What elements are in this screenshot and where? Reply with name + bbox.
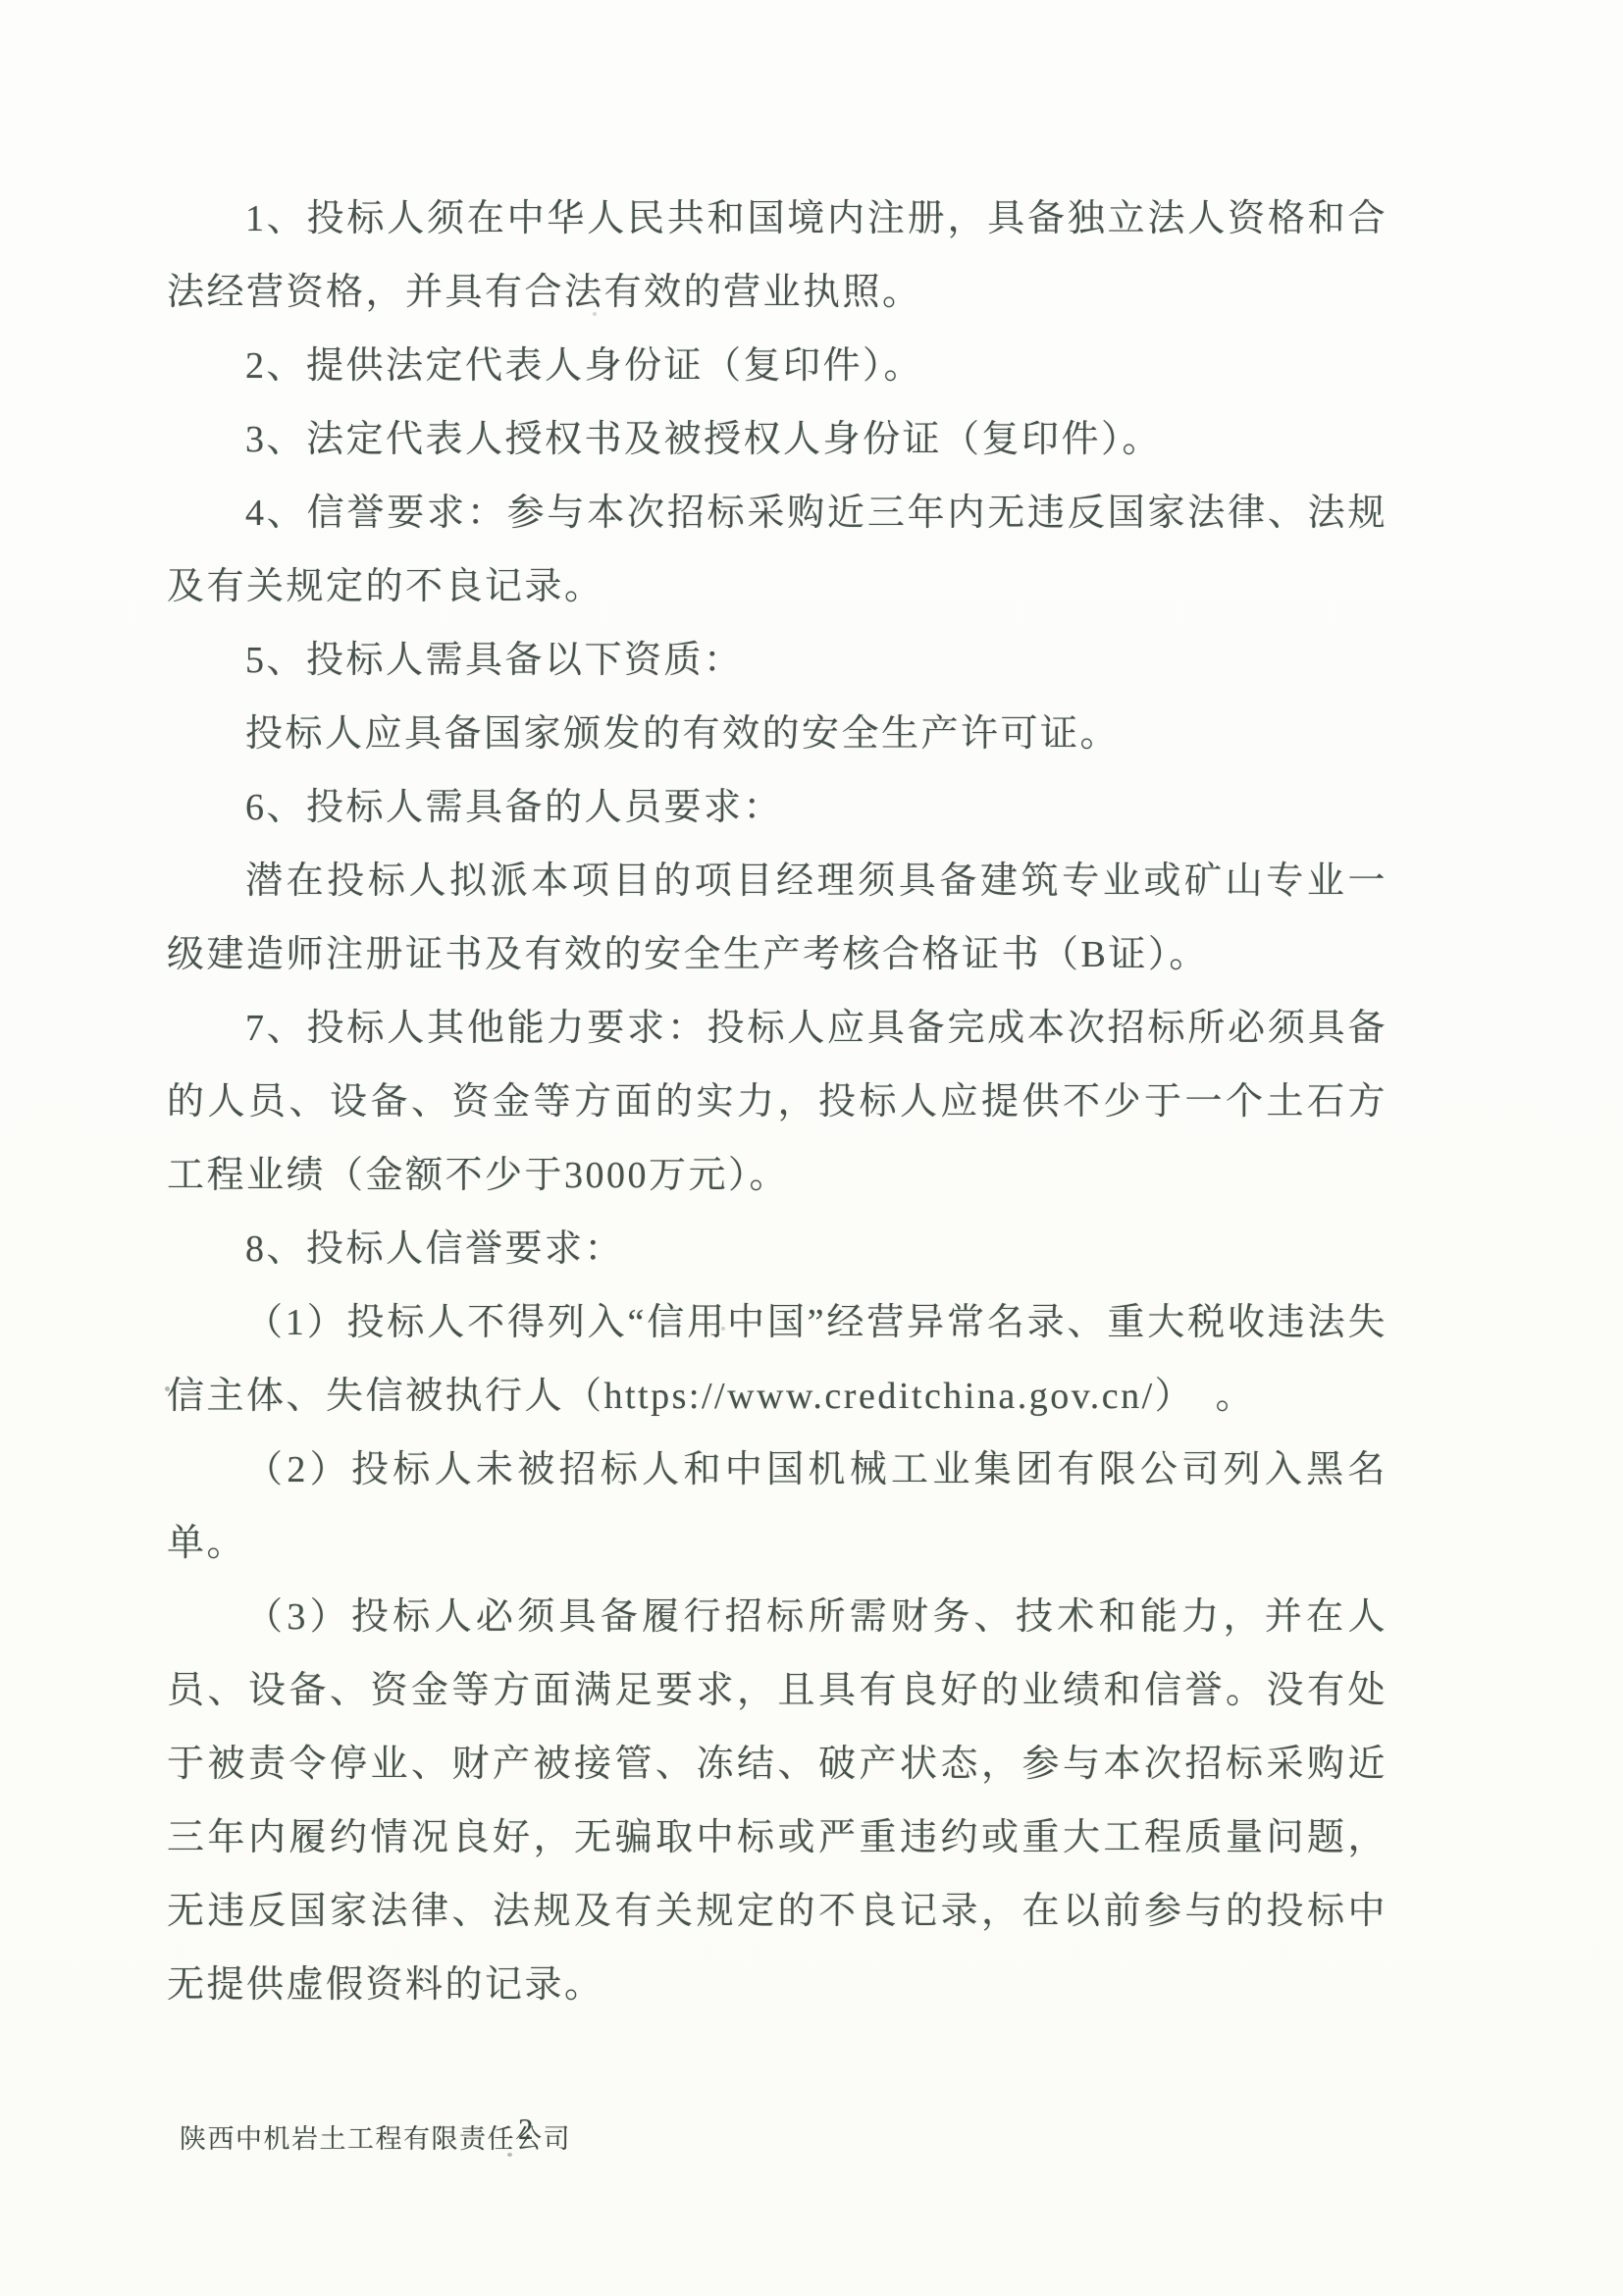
clause-5-qualification-heading: 5、投标人需具备以下资质：: [167, 624, 1387, 698]
clause-8-item-2: （2）投标人未被招标人和中国机械工业集团有限公司列入黑名单。: [167, 1434, 1387, 1581]
scan-artifact-dot: [721, 1327, 725, 1331]
clause-6-personnel-detail: 潜在投标人拟派本项目的项目经理须具备建筑专业或矿山专业一级建造师注册证书及有效的…: [167, 845, 1387, 992]
clause-7-capability: 7、投标人其他能力要求：投标人应具备完成本次招标所必须具备的人员、设备、资金等方…: [167, 992, 1387, 1213]
clause-4-reputation: 4、信誉要求：参与本次招标采购近三年内无违反国家法律、法规及有关规定的不良记录。: [167, 477, 1387, 624]
page-number: 2: [518, 2112, 534, 2147]
document-body: 1、投标人须在中华人民共和国境内注册，具备独立法人资格和合法经营资格，并具有合法…: [167, 183, 1387, 2022]
clause-3-authorization: 3、法定代表人授权书及被授权人身份证（复印件）。: [167, 403, 1387, 477]
scan-artifact-dot: [593, 312, 597, 316]
clause-8-item-1: （1）投标人不得列入“信用中国”经营异常名录、重大税收违法失信主体、失信被执行人…: [167, 1286, 1387, 1434]
scan-artifact-dot: [165, 1386, 170, 1391]
document-page: 1、投标人须在中华人民共和国境内注册，具备独立法人资格和合法经营资格，并具有合法…: [0, 0, 1623, 2296]
scan-artifact-dot: [1336, 1323, 1340, 1327]
clause-6-personnel-heading: 6、投标人需具备的人员要求：: [167, 771, 1387, 845]
clause-2-id-copy: 2、提供法定代表人身份证（复印件）。: [167, 330, 1387, 403]
clause-5-qualification-detail: 投标人应具备国家颁发的有效的安全生产许可证。: [167, 698, 1387, 771]
clause-8-item-3: （3）投标人必须具备履行招标所需财务、技术和能力，并在人员、设备、资金等方面满足…: [167, 1581, 1387, 2022]
clause-8-credit-heading: 8、投标人信誉要求：: [167, 1213, 1387, 1286]
page-footer: 陕西中机岩土工程有限责任公司 2: [180, 2117, 1445, 2157]
footer-company-name: 陕西中机岩土工程有限责任公司: [180, 2117, 571, 2156]
clause-1-registration: 1、投标人须在中华人民共和国境内注册，具备独立法人资格和合法经营资格，并具有合法…: [167, 183, 1387, 330]
